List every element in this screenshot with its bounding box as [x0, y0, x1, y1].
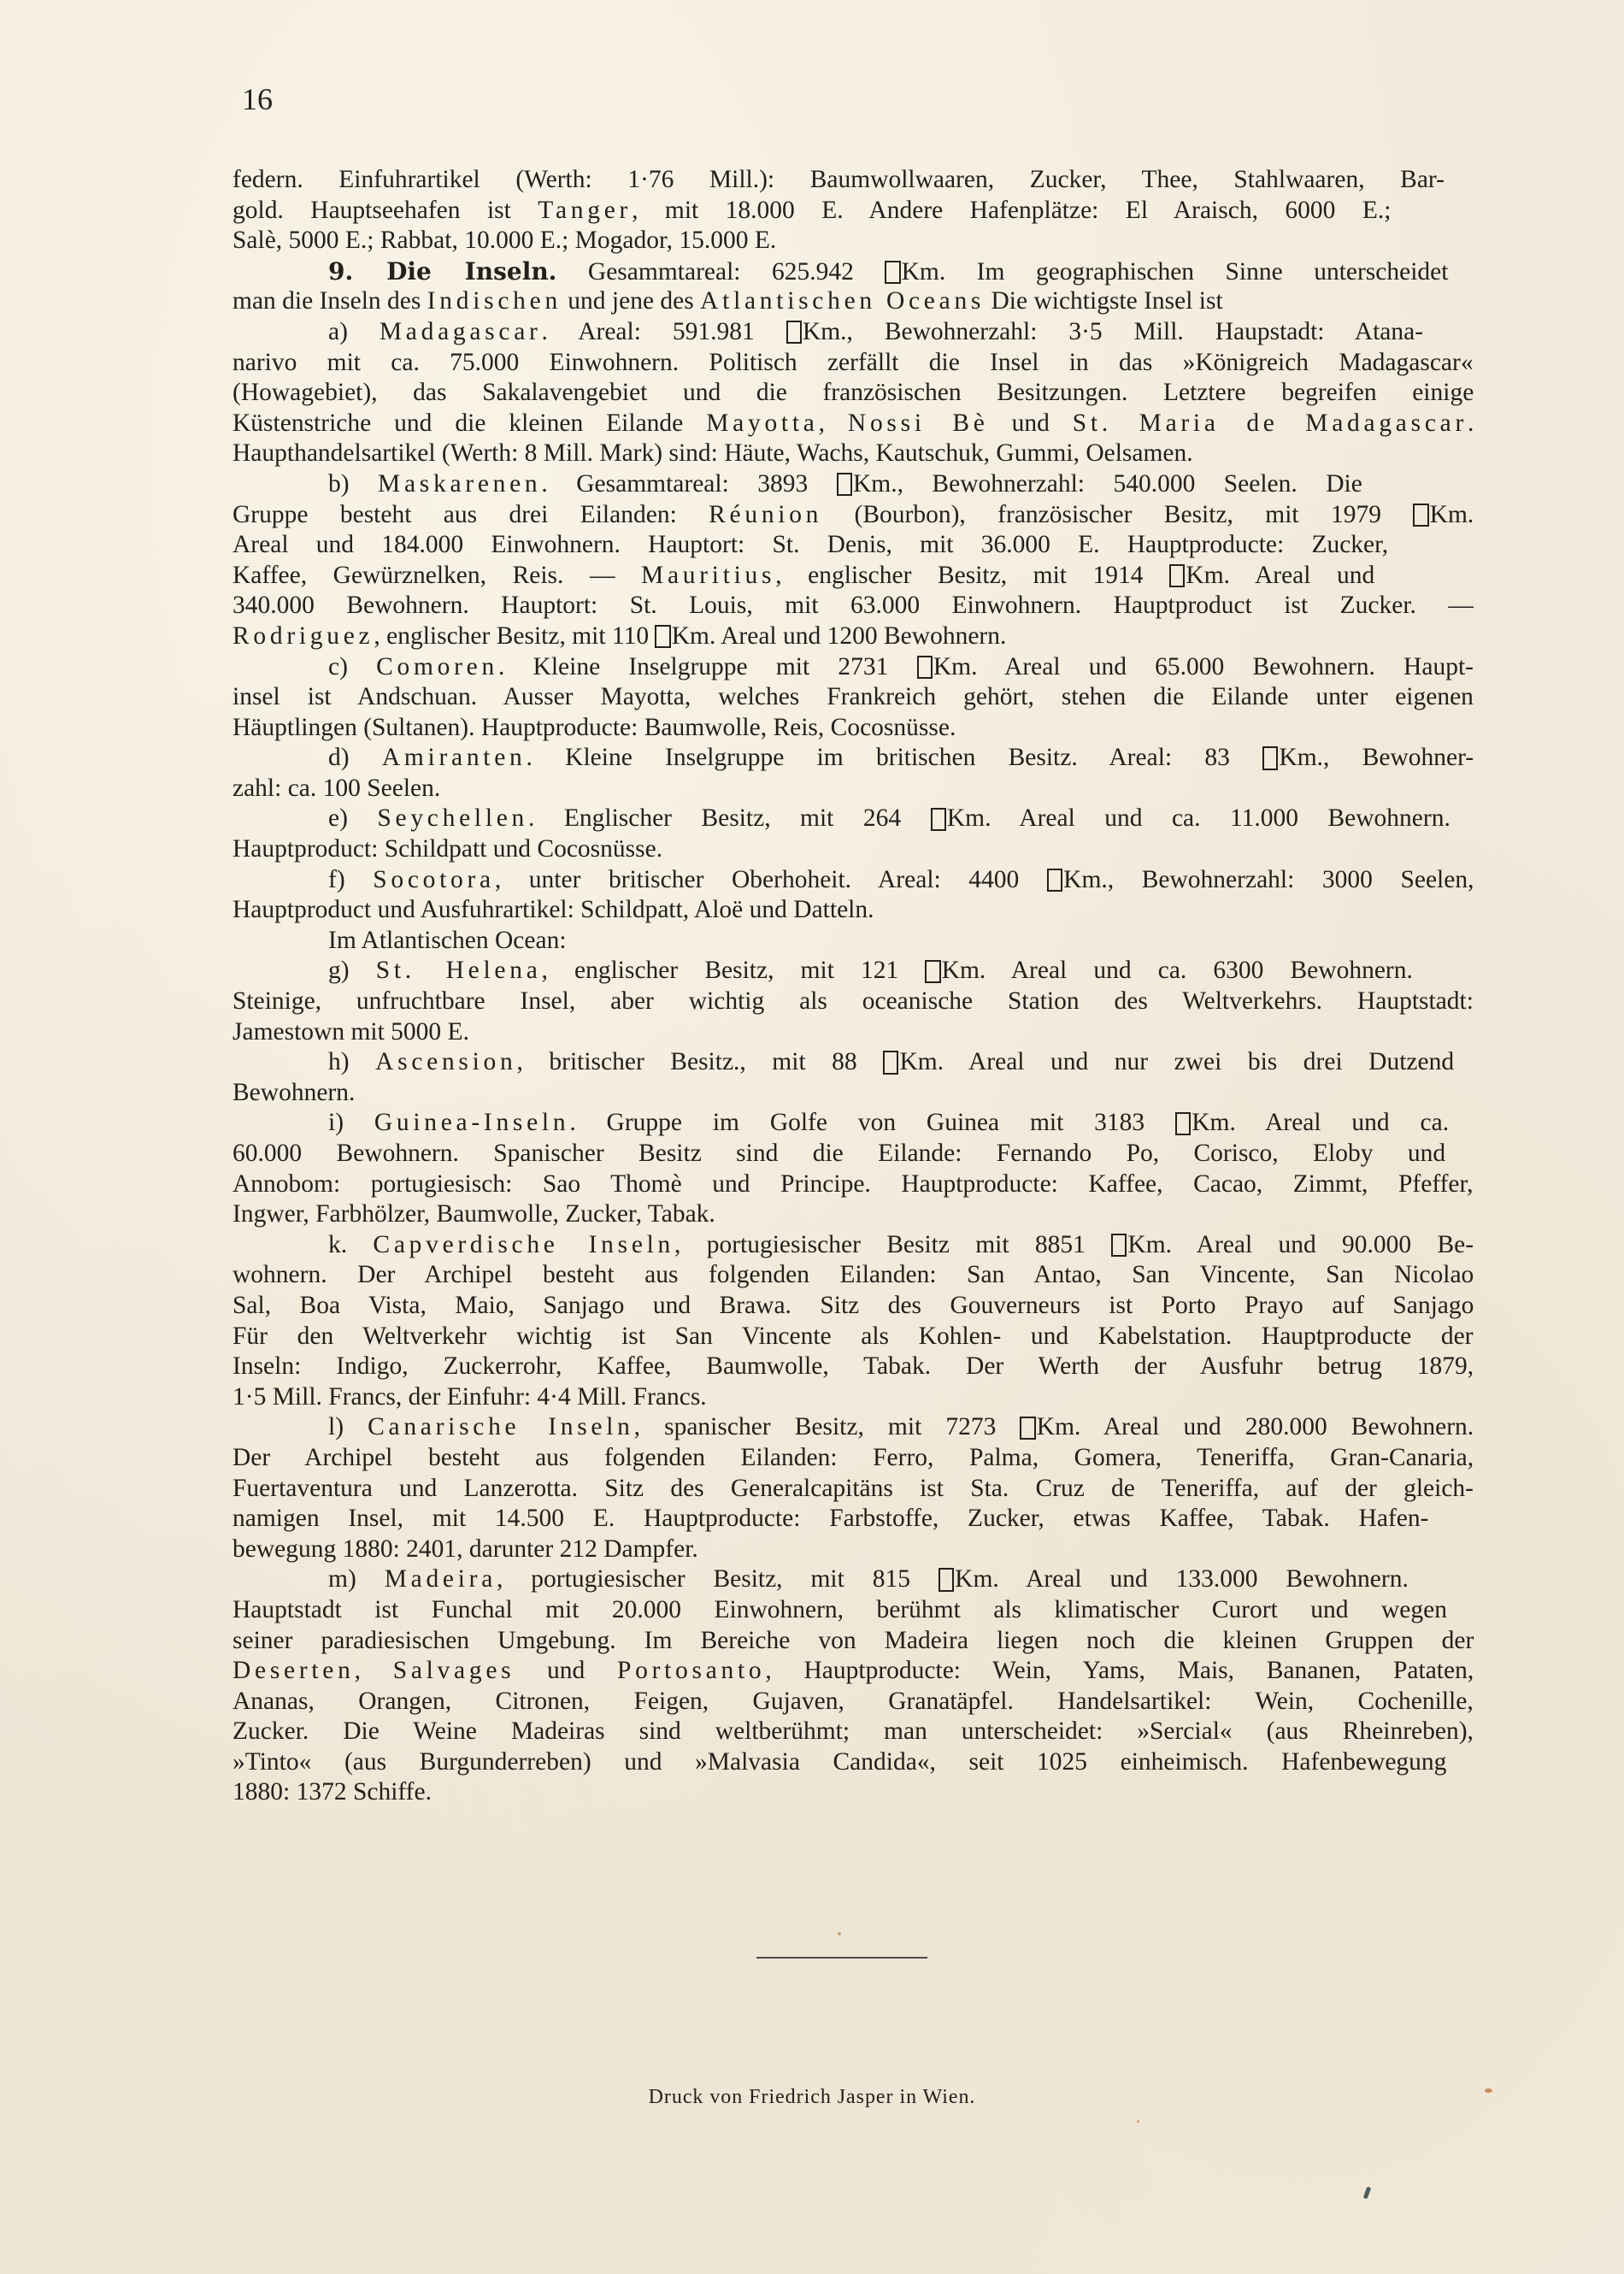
text-run: federn. Einfuhrartikel (Werth: 1·76 Mill… — [232, 166, 1445, 193]
text-line: man die Inseln des Indischen und jene de… — [232, 286, 1474, 317]
paper-speck — [838, 1932, 841, 1935]
square-km-icon — [917, 656, 933, 679]
text-line: Küstenstriche und die kleinen Eilande Ma… — [232, 409, 1474, 439]
text-run: Haupthandelsartikel (Werth: 8 Mill. Mark… — [232, 439, 1193, 467]
text-run: Km., Bewohner- — [1279, 744, 1474, 771]
text-line: Salè, 5000 E.; Rabbat, 10.000 E.; Mogado… — [232, 226, 1474, 256]
text-line: Sal, Boa Vista, Maio, Sanjago und Brawa.… — [232, 1291, 1474, 1322]
text-line: Der Archipel besteht aus folgenden Eilan… — [232, 1443, 1474, 1474]
end-divider — [756, 1957, 927, 1959]
text-run: b) — [328, 470, 378, 498]
text-run: und — [515, 1657, 617, 1684]
text-run: Salè, 5000 E.; Rabbat, 10.000 E.; Mogado… — [232, 227, 776, 254]
text-run: Im Atlantischen Ocean: — [328, 927, 567, 954]
place-name: Mauritius — [641, 562, 775, 589]
text-run: Kaffee, Gewürznelken, Reis. — — [232, 562, 641, 589]
text-run: , — [355, 1657, 393, 1684]
place-name: Amiranten — [382, 744, 527, 771]
text-line: Deserten, Salvages und Portosanto, Haupt… — [232, 1656, 1474, 1687]
text-run: . Kleine Inselgruppe im britischen Besit… — [527, 744, 1263, 771]
place-name: Capverdische Inseln — [373, 1231, 674, 1258]
text-run: Häuptlingen (Sultanen). Hauptproducte: B… — [232, 714, 956, 741]
text-run: namigen Insel, mit 14.500 E. Hauptproduc… — [232, 1505, 1428, 1532]
square-km-icon — [939, 1568, 954, 1591]
place-name: Seychellen — [377, 804, 528, 832]
text-run: , Hauptproducte: Wein, Yams, Mais, Banan… — [765, 1657, 1474, 1684]
text-run: Hauptproduct und Ausfuhrartikel: Schildp… — [232, 896, 874, 923]
text-run: c) — [328, 653, 376, 680]
text-run: Zucker. Die Weine Madeiras sind weltberü… — [232, 1717, 1474, 1745]
text-run: man die Inseln des — [232, 287, 427, 315]
place-name: Portosanto — [617, 1657, 765, 1684]
text-run: Steinige, unfruchtbare Insel, aber wicht… — [232, 987, 1474, 1015]
text-run: e) — [328, 804, 377, 832]
text-line: narivo mit ca. 75.000 Einwohnern. Politi… — [232, 348, 1474, 379]
text-run: Bewohnern. — [232, 1079, 355, 1106]
text-run: (Bourbon), französischer Besitz, mit 197… — [822, 501, 1413, 528]
text-line: Hauptstadt ist Funchal mit 20.000 Einwoh… — [232, 1595, 1474, 1626]
square-km-icon — [655, 625, 670, 648]
text-run: Km. Areal und 90.000 Be- — [1127, 1231, 1474, 1258]
square-km-icon — [1262, 746, 1278, 769]
text-run: a) — [328, 318, 380, 345]
text-line: (Howagebiet), das Sakalavengebiet und di… — [232, 378, 1474, 409]
place-name: Deserten — [232, 1657, 355, 1684]
text-run: Inseln: Indigo, Zuckerrohr, Kaffee, Baum… — [232, 1352, 1474, 1380]
text-line: Rodriguez, englischer Besitz, mit 110 Km… — [232, 622, 1474, 652]
square-km-icon — [1020, 1417, 1035, 1440]
text-run: Für den Weltverkehr wichtig ist San Vinc… — [232, 1323, 1474, 1350]
text-run: (Howagebiet), das Sakalavengebiet und di… — [232, 379, 1474, 406]
text-run: l) — [328, 1413, 368, 1440]
text-run: k. — [328, 1231, 373, 1258]
text-run: Hauptstadt ist Funchal mit 20.000 Einwoh… — [232, 1596, 1447, 1623]
text-line: 60.000 Bewohnern. Spanischer Besitz sind… — [232, 1139, 1474, 1169]
place-name: Ascension — [375, 1048, 516, 1075]
text-run: Die wichtigste Insel ist — [985, 287, 1223, 315]
text-run: , portugiesischer Besitz, mit 815 — [497, 1565, 939, 1593]
text-run: Hauptproduct: Schildpatt und Cocosnüsse. — [232, 835, 662, 863]
text-run: Ananas, Orangen, Citronen, Feigen, Gujav… — [232, 1688, 1474, 1715]
text-line: Haupthandelsartikel (Werth: 8 Mill. Mark… — [232, 439, 1474, 469]
text-line: b) Maskarenen. Gesammtareal: 3893 Km., B… — [232, 469, 1474, 500]
text-line: Kaffee, Gewürznelken, Reis. — Mauritius,… — [232, 561, 1474, 592]
text-run: m) — [328, 1565, 385, 1593]
text-run: Der Archipel besteht aus folgenden Eilan… — [232, 1444, 1474, 1471]
text-line: Für den Weltverkehr wichtig ist San Vinc… — [232, 1322, 1474, 1352]
square-km-icon — [1175, 1112, 1191, 1135]
text-line: Jamestown mit 5000 E. — [232, 1017, 1474, 1048]
text-run: Gruppe besteht aus drei Eilanden: — [232, 501, 709, 528]
place-name: Madeira — [385, 1565, 497, 1593]
text-run: Km. Areal und nur zwei bis drei Dutzend — [899, 1048, 1454, 1075]
text-run: Km. Areal und ca. 11.000 Bewohnern. — [947, 804, 1450, 832]
text-run: Km. Areal und 280.000 Bewohnern. — [1037, 1413, 1474, 1440]
text-run: »Tinto« (aus Burgunderreben) und »Malvas… — [232, 1748, 1446, 1776]
text-line: bewegung 1880: 2401, darunter 212 Dampfe… — [232, 1535, 1474, 1565]
text-run: und — [989, 409, 1073, 437]
text-run: , englischer Besitz, mit 1914 — [775, 562, 1169, 589]
place-name: Atlantischen Oceans — [700, 287, 985, 315]
text-line: gold. Hauptseehafen ist Tanger, mit 18.0… — [232, 196, 1474, 227]
text-run: , mit 18.000 E. Andere Hafenplätze: El A… — [632, 197, 1391, 224]
place-name: Tanger — [538, 197, 632, 224]
text-run: Km. — [1430, 501, 1474, 528]
place-name: Indischen — [427, 287, 562, 315]
text-run: , portugiesischer Besitz mit 8851 — [674, 1231, 1111, 1258]
text-line: Hauptproduct und Ausfuhrartikel: Schildp… — [232, 895, 1474, 926]
text-run: zahl: ca. 100 Seelen. — [232, 775, 440, 802]
text-run: . Kleine Inselgruppe mit 2731 — [498, 653, 917, 680]
square-km-icon — [1047, 869, 1062, 892]
text-run: g) — [328, 957, 376, 984]
text-run: Km. Areal und 65.000 Bewohnern. Haupt- — [933, 653, 1474, 680]
text-line: k. Capverdische Inseln, portugiesischer … — [232, 1230, 1474, 1261]
text-line: l) Canarische Inseln, spanischer Besitz,… — [232, 1412, 1474, 1443]
text-line: Bewohnern. — [232, 1078, 1474, 1109]
text-run: . — [1468, 409, 1474, 437]
place-name: Maskarenen — [378, 470, 541, 498]
text-run: Km. Areal und ca. — [1192, 1109, 1449, 1136]
place-name: Guinea-Inseln — [374, 1109, 569, 1136]
text-run: und jene des — [562, 287, 700, 315]
text-run: Küstenstriche und die kleinen Eilande — [232, 409, 706, 437]
text-run: Km., Bewohnerzahl: 540.000 Seelen. Die — [853, 470, 1362, 498]
place-name: Salvages — [393, 1657, 515, 1684]
place-name: Socotora — [373, 866, 495, 893]
text-run: . Areal: 591.981 — [542, 318, 786, 345]
text-line: a) Madagascar. Areal: 591.981 Km., Bewoh… — [232, 317, 1474, 348]
text-run: Fuertaventura und Lanzerotta. Sitz des G… — [232, 1475, 1474, 1502]
text-line: wohnern. Der Archipel besteht aus folgen… — [232, 1260, 1474, 1291]
square-km-icon — [1111, 1234, 1127, 1257]
text-line: g) St. Helena, englischer Besitz, mit 12… — [232, 956, 1474, 987]
text-line: zahl: ca. 100 Seelen. — [232, 774, 1474, 804]
square-km-icon — [1413, 504, 1428, 527]
text-run: Jamestown mit 5000 E. — [232, 1018, 469, 1046]
square-km-icon — [786, 321, 802, 344]
text-line: Fuertaventura und Lanzerotta. Sitz des G… — [232, 1474, 1474, 1505]
text-run: 340.000 Bewohnern. Hauptort: St. Louis, … — [232, 592, 1474, 619]
paper-speck — [1363, 2187, 1371, 2200]
text-run: 1880: 1372 Schiffe. — [232, 1778, 432, 1806]
text-run: gold. Hauptseehafen ist — [232, 197, 538, 224]
text-run: , britischer Besitz., mit 88 — [516, 1048, 883, 1075]
text-run: bewegung 1880: 2401, darunter 212 Dampfe… — [232, 1535, 698, 1563]
text-run: 60.000 Bewohnern. Spanischer Besitz sind… — [232, 1140, 1445, 1167]
place-name: Mayotta — [706, 409, 818, 437]
square-km-icon — [931, 808, 946, 831]
place-name: Madagascar — [380, 318, 542, 345]
text-line: seiner paradiesischen Umgebung. Im Berei… — [232, 1626, 1474, 1657]
square-km-icon — [1169, 564, 1185, 587]
text-line: 340.000 Bewohnern. Hauptort: St. Louis, … — [232, 591, 1474, 622]
text-line: namigen Insel, mit 14.500 E. Hauptproduc… — [232, 1504, 1474, 1535]
text-run: narivo mit ca. 75.000 Einwohnern. Politi… — [232, 349, 1474, 376]
text-run: Gesammtareal: 625.942 — [556, 258, 885, 286]
text-line: i) Guinea-Inseln. Gruppe im Golfe von Gu… — [232, 1108, 1474, 1139]
text-run: , — [819, 409, 848, 437]
text-line: c) Comoren. Kleine Inselgruppe mit 2731 … — [232, 652, 1474, 683]
square-km-icon — [837, 473, 852, 496]
text-run: insel ist Andschuan. Ausser Mayotta, wel… — [232, 683, 1474, 710]
place-name: Réunion — [709, 501, 822, 528]
text-line: 9. Die Inseln. Gesammtareal: 625.942 Km.… — [232, 256, 1474, 287]
text-line: Areal und 184.000 Einwohnern. Hauptort: … — [232, 530, 1474, 561]
text-line: insel ist Andschuan. Ausser Mayotta, wel… — [232, 682, 1474, 713]
text-line: Im Atlantischen Ocean: — [232, 926, 1474, 957]
text-line: »Tinto« (aus Burgunderreben) und »Malvas… — [232, 1747, 1474, 1778]
text-line: Häuptlingen (Sultanen). Hauptproducte: B… — [232, 713, 1474, 744]
text-run: . Gruppe im Golfe von Guinea mit 3183 — [569, 1109, 1175, 1136]
text-run: , unter britischer Oberhoheit. Areal: 44… — [495, 866, 1047, 893]
text-run: Km., Bewohnerzahl: 3000 Seelen, — [1063, 866, 1474, 893]
text-line: Ananas, Orangen, Citronen, Feigen, Gujav… — [232, 1687, 1474, 1717]
text-run: seiner paradiesischen Umgebung. Im Berei… — [232, 1627, 1474, 1654]
place-name: Canarische Inseln — [368, 1413, 634, 1440]
text-run: Km., Bewohnerzahl: 3·5 Mill. Haupstadt: … — [803, 318, 1423, 345]
text-run: Km. Areal und — [1186, 562, 1374, 589]
text-run: d) — [328, 744, 382, 771]
text-line: federn. Einfuhrartikel (Werth: 1·76 Mill… — [232, 165, 1474, 196]
text-line: 1·5 Mill. Francs, der Einfuhr: 4·4 Mill.… — [232, 1382, 1474, 1413]
text-run: f) — [328, 866, 373, 893]
text-line: Zucker. Die Weine Madeiras sind weltberü… — [232, 1717, 1474, 1747]
text-run: i) — [328, 1109, 374, 1136]
text-line: 1880: 1372 Schiffe. — [232, 1777, 1474, 1808]
text-line: m) Madeira, portugiesischer Besitz, mit … — [232, 1564, 1474, 1595]
text-run: Km. Areal und 133.000 Bewohnern. — [955, 1565, 1409, 1593]
text-run: 1·5 Mill. Francs, der Einfuhr: 4·4 Mill.… — [232, 1383, 707, 1411]
place-name: Rodriguez — [232, 622, 374, 650]
text-run: Annobom: portugiesisch: Sao Thomè und Pr… — [232, 1170, 1474, 1198]
text-line: Hauptproduct: Schildpatt und Cocosnüsse. — [232, 834, 1474, 865]
text-line: e) Seychellen. Englischer Besitz, mit 26… — [232, 804, 1474, 834]
text-run: Km. Areal und ca. 6300 Bewohnern. — [942, 957, 1413, 984]
body-text: federn. Einfuhrartikel (Werth: 1·76 Mill… — [232, 165, 1474, 1808]
text-line: Inseln: Indigo, Zuckerrohr, Kaffee, Baum… — [232, 1352, 1474, 1382]
square-km-icon — [885, 261, 900, 284]
place-name: St. Maria de Madagascar — [1073, 409, 1468, 437]
text-line: Annobom: portugiesisch: Sao Thomè und Pr… — [232, 1169, 1474, 1200]
text-line: h) Ascension, britischer Besitz., mit 88… — [232, 1047, 1474, 1078]
printer-imprint: Druck von Friedrich Jasper in Wien. — [0, 2086, 1624, 2109]
text-run: Sal, Boa Vista, Maio, Sanjago und Brawa.… — [232, 1292, 1474, 1319]
place-name: Comoren — [376, 653, 498, 680]
text-run: h) — [328, 1048, 375, 1075]
paper-speck — [1137, 2120, 1139, 2123]
place-name: St. Helena — [376, 957, 542, 984]
square-km-icon — [883, 1051, 898, 1074]
text-line: Steinige, unfruchtbare Insel, aber wicht… — [232, 987, 1474, 1017]
text-line: Ingwer, Farbhölzer, Baumwolle, Zucker, T… — [232, 1199, 1474, 1230]
text-run: Km. Im geographischen Sinne unterscheide… — [902, 258, 1449, 286]
page-number: 16 — [242, 82, 273, 116]
place-name: Nossi Bè — [848, 409, 989, 437]
text-run: , spanischer Besitz, mit 7273 — [634, 1413, 1021, 1440]
text-run: wohnern. Der Archipel besteht aus folgen… — [232, 1261, 1474, 1288]
text-run: , englischer Besitz, mit 110 — [374, 622, 655, 650]
text-line: f) Socotora, unter britischer Oberhoheit… — [232, 865, 1474, 896]
text-line: d) Amiranten. Kleine Inselgruppe im brit… — [232, 743, 1474, 774]
text-run: . Gesammtareal: 3893 — [541, 470, 836, 498]
text-run: Km. Areal und 1200 Bewohnern. — [672, 622, 1007, 650]
square-km-icon — [925, 960, 940, 983]
text-run: Areal und 184.000 Einwohnern. Hauptort: … — [232, 531, 1388, 558]
text-run: Ingwer, Farbhölzer, Baumwolle, Zucker, T… — [232, 1200, 715, 1228]
text-line: Gruppe besteht aus drei Eilanden: Réunio… — [232, 500, 1474, 531]
paper-speck — [1485, 2088, 1492, 2093]
text-run: . Englischer Besitz, mit 264 — [528, 804, 931, 832]
section-heading: 9. Die Inseln. — [328, 257, 556, 286]
text-run: , englischer Besitz, mit 121 — [542, 957, 926, 984]
